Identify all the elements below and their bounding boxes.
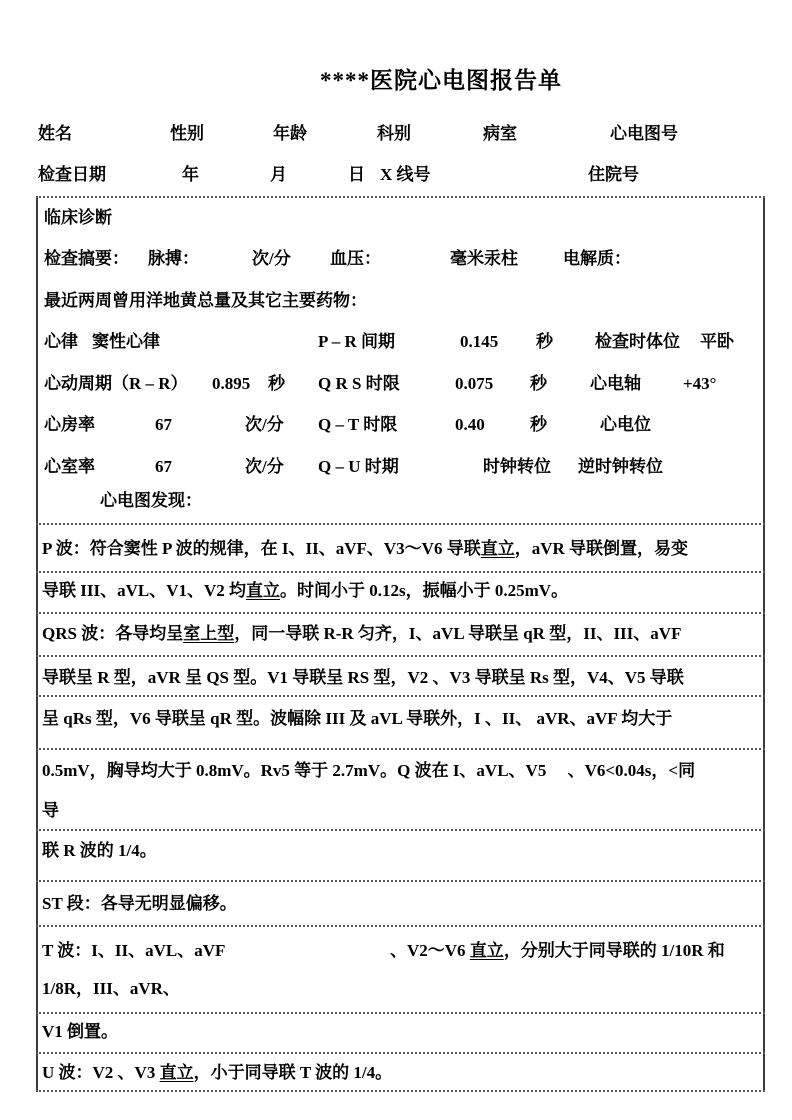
clock-label: 时钟转位: [483, 456, 551, 477]
qrs-line1-supraventricular: 室上型: [183, 624, 234, 643]
row-divider: [36, 1012, 765, 1014]
p-wave-line2-a: 导联 III、aVL、V1、V2 均: [42, 581, 246, 600]
p-wave-line2-upright: 直立: [246, 581, 280, 600]
admission-no-label: 住院号: [588, 164, 639, 185]
p-wave-line1-b: ，aVR 导联倒置，易变: [515, 539, 688, 558]
cycle-value: 0.895: [212, 373, 250, 394]
row-divider: [36, 655, 765, 657]
p-wave-line2-b: 。时间小于 0.12s，振幅小于 0.25mV。: [280, 581, 568, 600]
pr-value: 0.145: [460, 331, 498, 352]
ecg-no-label: 心电图号: [610, 123, 678, 144]
t-wave-line1-c: ，分别大于同导联的 1/10R 和: [504, 941, 725, 960]
row-divider: [36, 880, 765, 882]
qu-label: Q – U 时期: [318, 456, 399, 477]
table-border-bottom: [36, 1090, 765, 1092]
month-label: 月: [270, 164, 287, 185]
t-wave-line1-b: 、V2～V6: [390, 941, 470, 960]
qrs-line4-cont: 导: [42, 800, 59, 821]
u-wave-line: U 波：V2 、V3 直立，小于同导联 T 波的 1/4。: [42, 1062, 392, 1083]
u-wave-line-b: ，小于同导联 T 波的 1/4。: [194, 1063, 393, 1082]
xray-no-label: X 线号: [380, 164, 431, 185]
cycle-label: 心动周期（R – R）: [44, 373, 188, 394]
qrs-unit: 秒: [530, 373, 547, 394]
bp-label: 血压：: [330, 248, 381, 269]
row-divider: [36, 612, 765, 614]
qrs-line3: 呈 qRs 型，V6 导联呈 qR 型。波幅除 III 及 aVL 导联外，I …: [42, 708, 672, 729]
digitalis-line: 最近两周曾用洋地黄总量及其它主要药物：: [44, 290, 367, 311]
u-wave-line-upright: 直立: [160, 1063, 194, 1082]
p-wave-line1-a: P 波：符合窦性 P 波的规律，在 I、II、aVF、V3～V6 导联: [42, 539, 481, 558]
p-wave-line1: P 波：符合窦性 P 波的规律，在 I、II、aVF、V3～V6 导联直立，aV…: [42, 538, 688, 559]
pulse-unit: 次/分: [252, 248, 291, 269]
row-divider: [36, 748, 765, 750]
position-value: 平卧: [700, 331, 734, 352]
qt-unit: 秒: [530, 414, 547, 435]
clock-value: 逆时钟转位: [578, 456, 663, 477]
exam-abstract-label: 检查搞要：: [44, 248, 129, 269]
vent-rate-value: 67: [155, 456, 172, 477]
clinical-diagnosis-label: 临床诊断: [44, 207, 112, 228]
gender-label: 性别: [170, 123, 204, 144]
table-border-right: [763, 196, 765, 1092]
exam-date-label: 检查日期: [38, 164, 106, 185]
p-wave-line1-upright: 直立: [481, 539, 515, 558]
t-wave-line1-left: T 波：I、II、aVL、aVF: [42, 940, 225, 961]
qrs-line1: QRS 波：各导均呈室上型，同一导联 R-R 匀齐，I、aVL 导联呈 qR 型…: [42, 623, 681, 644]
st-segment-line: ST 段：各导无明显偏移。: [42, 893, 237, 914]
row-divider: [36, 925, 765, 927]
electrolyte-label: 电解质：: [563, 248, 631, 269]
qrs-line4: 0.5mV，胸导均大于 0.8mV。Rv5 等于 2.7mV。Q 波在 I、aV…: [42, 760, 695, 781]
rhythm-label: 心律: [44, 331, 78, 352]
qt-label: Q – T 时限: [318, 414, 397, 435]
page-title: ****医院心电图报告单: [0, 62, 792, 95]
ward-label: 病室: [483, 123, 517, 144]
row-divider: [36, 1052, 765, 1054]
row-divider: [36, 829, 765, 831]
potential-label: 心电位: [600, 414, 651, 435]
p-wave-line2: 导联 III、aVL、V1、V2 均直立。时间小于 0.12s，振幅小于 0.2…: [42, 580, 568, 601]
qrs-value: 0.075: [455, 373, 493, 394]
t-wave-line1-right: 、V2～V6 直立，分别大于同导联的 1/10R 和: [390, 940, 725, 961]
qrs-label: Q R S 时限: [318, 373, 400, 394]
row-divider: [36, 571, 765, 573]
u-wave-line-a: U 波：V2 、V3: [42, 1063, 160, 1082]
name-label: 姓名: [38, 123, 72, 144]
cycle-unit: 秒: [268, 373, 285, 394]
table-border-top: [36, 196, 765, 198]
qrs-line2: 导联呈 R 型，aVR 呈 QS 型。V1 导联呈 RS 型，V2 、V3 导联…: [42, 667, 684, 688]
position-label: 检查时体位: [595, 331, 680, 352]
v1-inverted-line: V1 倒置。: [42, 1021, 118, 1042]
pr-label: P – R 间期: [318, 331, 395, 352]
year-label: 年: [182, 164, 199, 185]
age-label: 年龄: [273, 123, 307, 144]
vent-rate-label: 心室率: [44, 456, 95, 477]
ecg-report-page: ****医院心电图报告单 姓名 性别 年龄 科别 病室 心电图号 检查日期 年 …: [0, 0, 792, 1120]
day-label: 日: [348, 164, 365, 185]
pulse-label: 脉搏：: [148, 248, 199, 269]
table-border-left: [36, 196, 38, 1092]
findings-heading: 心电图发现：: [100, 490, 202, 511]
row-divider: [36, 695, 765, 697]
t-wave-line2: 1/8R，III、aVR、: [42, 978, 180, 999]
row-divider: [36, 523, 765, 525]
rhythm-value: 窦性心律: [92, 331, 160, 352]
bp-unit: 毫米汞柱: [450, 248, 518, 269]
axis-label: 心电轴: [590, 373, 641, 394]
atrial-rate-value: 67: [155, 414, 172, 435]
qrs-line5: 联 R 波的 1/4。: [42, 840, 157, 861]
dept-label: 科别: [377, 123, 411, 144]
qrs-line1-b: ，同一导联 R-R 匀齐，I、aVL 导联呈 qR 型，II、III、aVF: [234, 624, 681, 643]
atrial-rate-unit: 次/分: [245, 414, 284, 435]
atrial-rate-label: 心房率: [44, 414, 95, 435]
pr-unit: 秒: [536, 331, 553, 352]
qrs-line1-a: QRS 波：各导均呈: [42, 624, 183, 643]
qt-value: 0.40: [455, 414, 485, 435]
axis-value: +43°: [683, 373, 717, 394]
t-wave-line1-upright: 直立: [470, 941, 504, 960]
vent-rate-unit: 次/分: [245, 456, 284, 477]
